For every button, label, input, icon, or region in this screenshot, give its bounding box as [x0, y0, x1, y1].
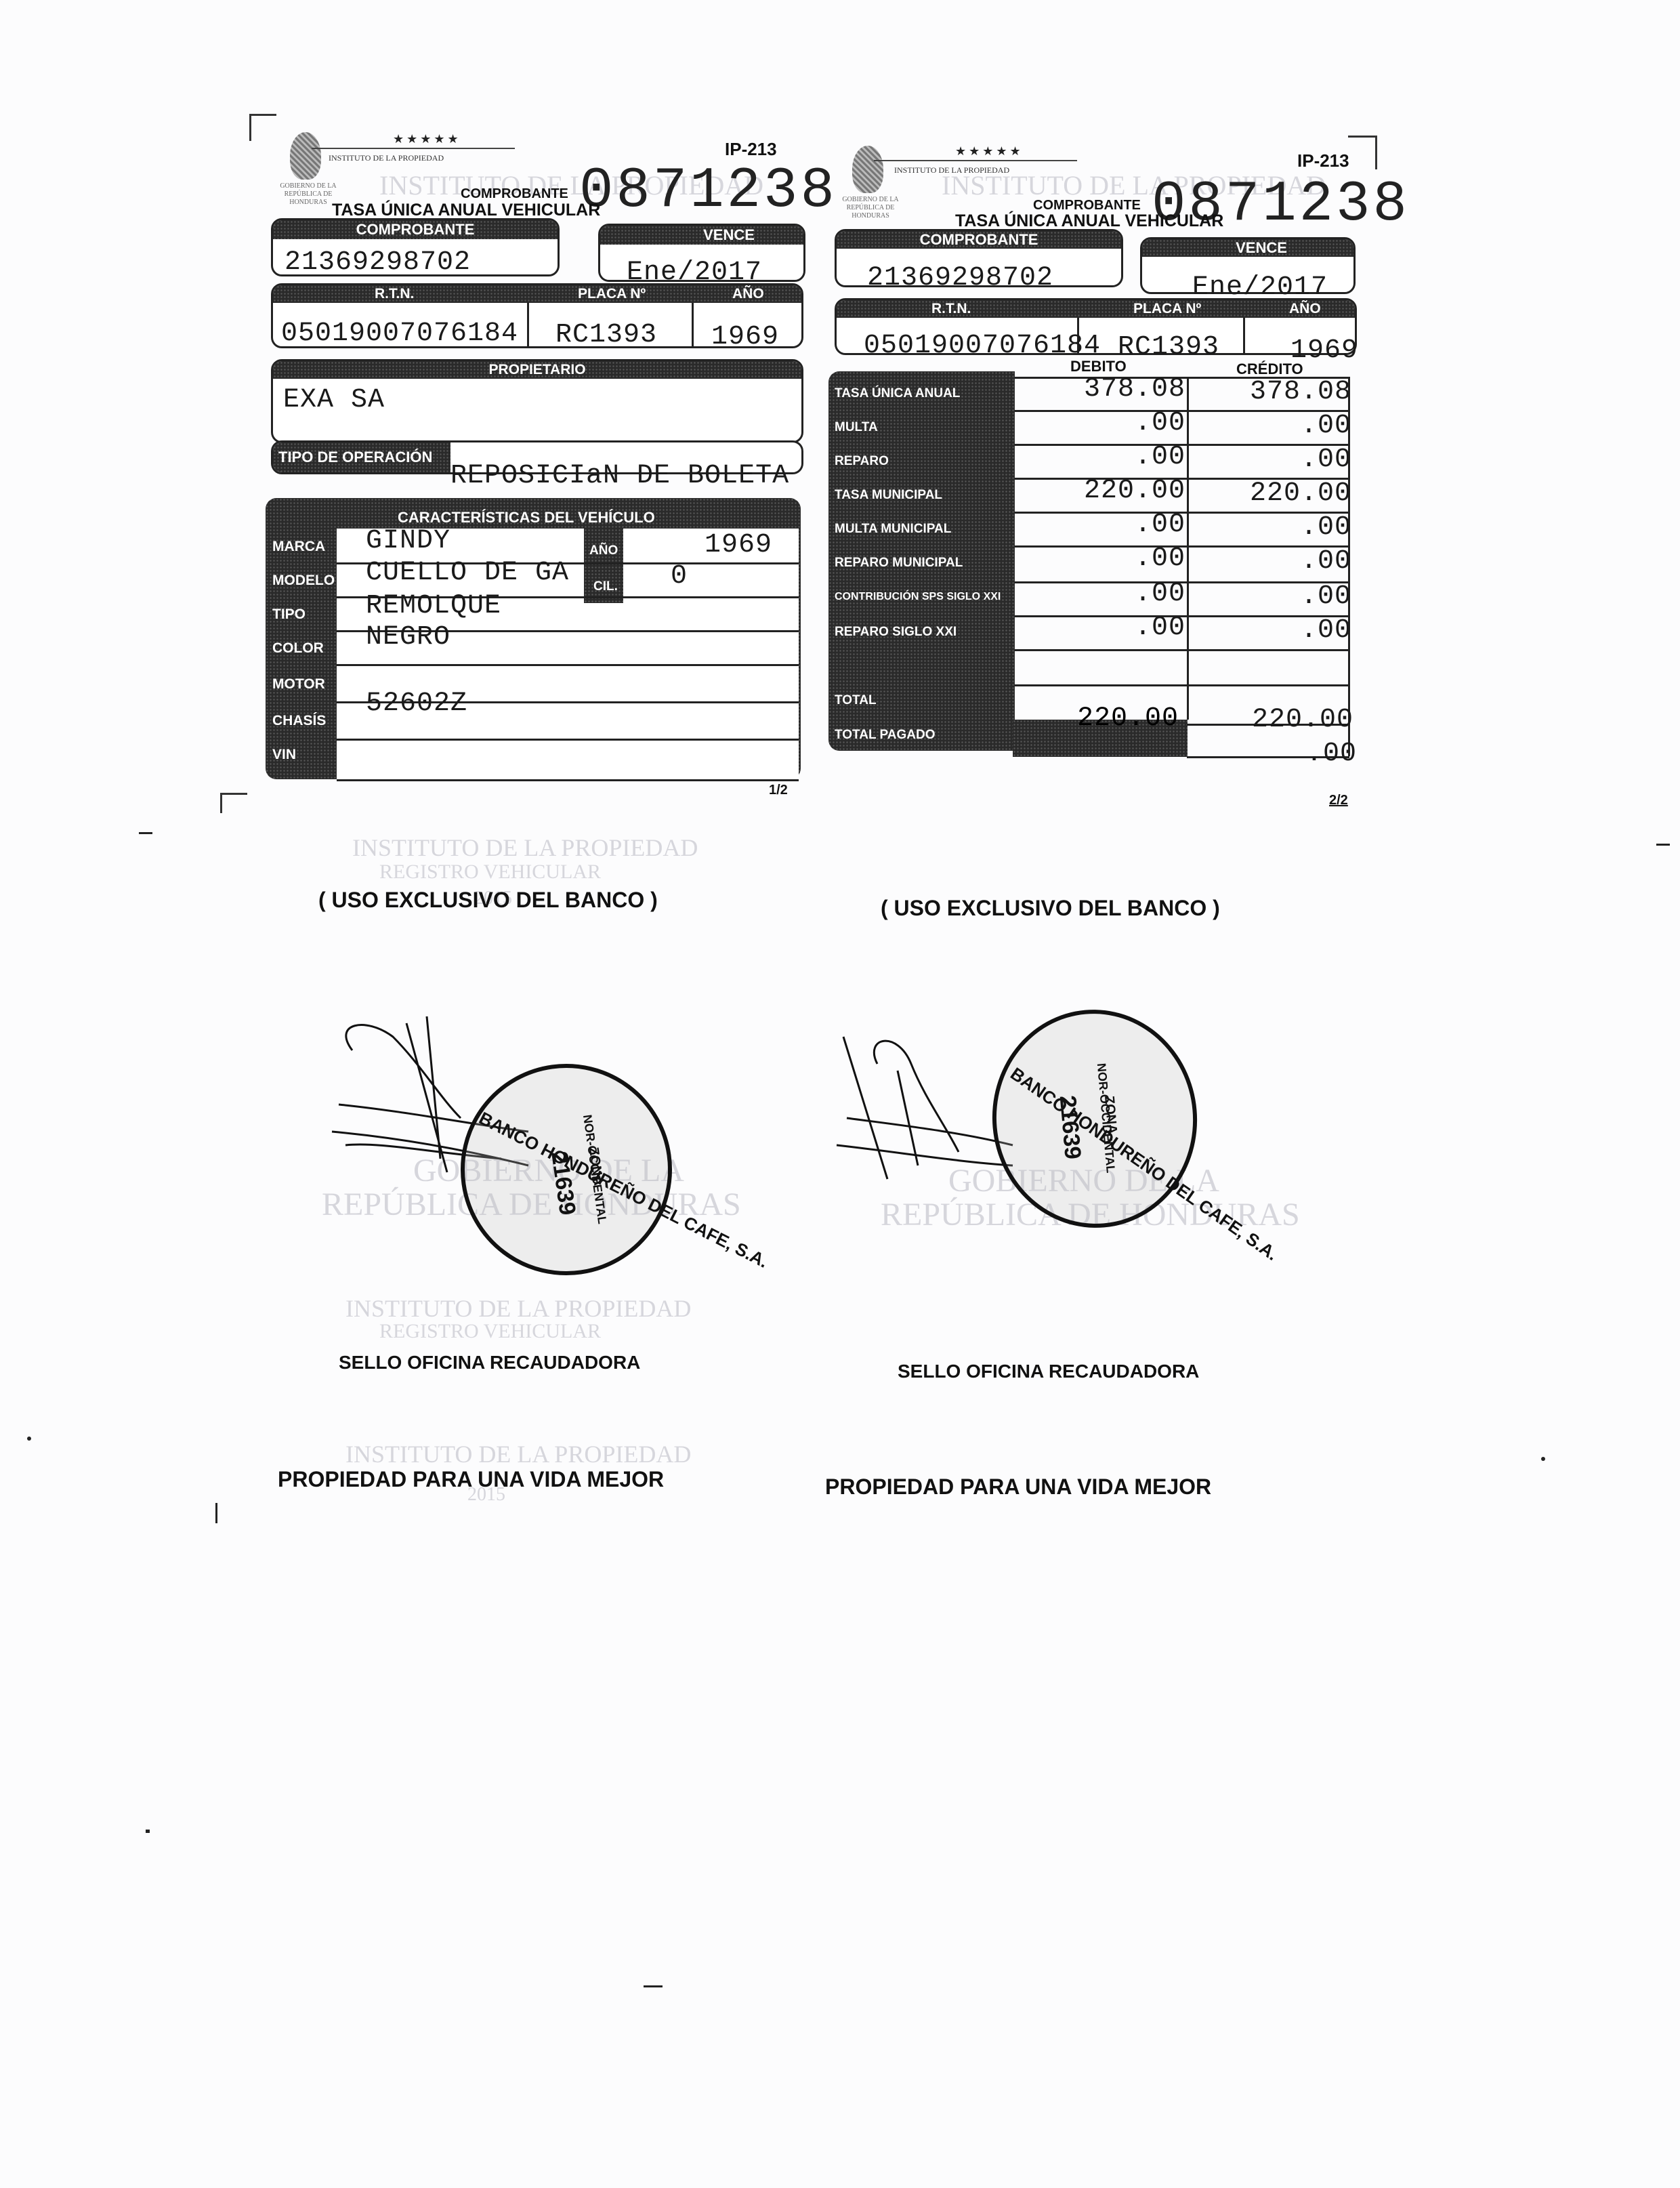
- modelo-value: CUELLO DE GA: [366, 558, 569, 588]
- stamp-zone: ZONA: [1101, 1095, 1120, 1134]
- divider: [312, 148, 515, 149]
- ledger-debito-value: .00: [1135, 613, 1185, 643]
- stamp-number: 21639: [1054, 1094, 1086, 1161]
- vence-label: VENCE: [649, 226, 755, 243]
- ledger-row-label: TASA ÚNICA ANUAL: [835, 386, 960, 401]
- ledger-row-label: REPARO: [835, 454, 889, 469]
- ledger-credito-value: .00: [1301, 546, 1351, 577]
- propietario-label: PROPIETARIO: [488, 362, 585, 377]
- bank-use-label-right: ( USO EXCLUSIVO DEL BANCO ): [881, 896, 1220, 921]
- car-cil-label: CIL.: [593, 579, 618, 594]
- stamp-bank-name: BANCO HONDUREÑO DEL CAFE, S.A.: [1007, 1063, 1282, 1265]
- ledger-debito-value: .00: [1135, 579, 1185, 609]
- government-label: GOBIERNO DE LA REPÚBLICA DE HONDURAS: [833, 196, 908, 220]
- car-anio-value: 1969: [705, 530, 772, 560]
- rtn-label: R.T.N.: [931, 300, 971, 318]
- comprobante-label: COMPROBANTE: [920, 231, 1038, 248]
- vin-label: VIN: [272, 747, 296, 763]
- color-label: COLOR: [272, 640, 324, 657]
- rtn-label: R.T.N.: [375, 285, 414, 303]
- crop-mark: [1348, 136, 1375, 138]
- signature-icon: [823, 976, 1026, 1186]
- ledger-credito-value: 220.00: [1250, 478, 1351, 509]
- comprobante-value: 21369298702: [285, 247, 471, 278]
- stamp-caption-right: SELLO OFICINA RECAUDADORA: [898, 1361, 1199, 1382]
- stamp-caption-left: SELLO OFICINA RECAUDADORA: [339, 1352, 640, 1374]
- placa-value: RC1393: [555, 320, 657, 350]
- crop-mark: [249, 114, 251, 141]
- bank-use-label-left: ( USO EXCLUSIVO DEL BANCO ): [318, 888, 658, 913]
- placa-label: PLACA Nº: [578, 285, 646, 303]
- ledger-credito-value: 378.08: [1250, 377, 1351, 407]
- document-title: TASA ÚNICA ANUAL VEHICULAR: [955, 211, 1223, 231]
- motor-label: MOTOR: [272, 676, 325, 693]
- debito-header: DEBITO: [1070, 358, 1127, 375]
- ledger-debito-value: .00: [1135, 510, 1185, 540]
- chasis-label: CHASÍS: [272, 713, 326, 729]
- ledger-credito-value: .00: [1301, 411, 1351, 441]
- slogan-left: PROPIEDAD PARA UNA VIDA MEJOR: [278, 1467, 664, 1492]
- tipo-operacion-value: REPOSICIaN DE BOLETA: [450, 461, 789, 491]
- form-code: IP-213: [1297, 150, 1349, 171]
- ledger-debito-value: 378.08: [1084, 374, 1185, 405]
- watermark-registro: REGISTRO VEHICULAR: [379, 1320, 601, 1343]
- scan-speck: [1656, 844, 1670, 846]
- rtn-value: 05019007076184: [864, 331, 1101, 361]
- ledger-debito-value: .00: [1135, 543, 1185, 574]
- scan-speck: [644, 1985, 663, 1987]
- total-credito-value: 220.00: [1252, 705, 1353, 735]
- chasis-value: 52602Z: [366, 688, 467, 719]
- color-value: NEGRO: [366, 622, 450, 653]
- scan-speck: [146, 1830, 150, 1833]
- total-debito-value: 220.00: [1077, 703, 1179, 734]
- placa-value: RC1393: [1118, 332, 1219, 363]
- stars-icon: ★★★★★: [955, 144, 1024, 159]
- ledger-row-label: CONTRIBUCIÓN SPS SIGLO XXI: [835, 591, 1001, 603]
- tipo-value: REMOLQUE: [366, 591, 501, 621]
- watermark-instituto: INSTITUTO DE LA PROPIEDAD: [345, 1440, 691, 1468]
- marca-label: MARCA: [272, 539, 325, 555]
- ledger-row-label: REPARO MUNICIPAL: [835, 556, 963, 571]
- rtn-value: 05019007076184: [281, 318, 518, 349]
- car-anio-label: AÑO: [589, 543, 618, 558]
- honduras-coat-of-arms-icon: GOBIERNO DE LA REPÚBLICA DE HONDURAS: [271, 132, 345, 207]
- placa-label: PLACA Nº: [1133, 300, 1201, 318]
- ledger-debito-value: .00: [1135, 442, 1185, 472]
- caracteristicas-title: CARACTERÍSTICAS DEL VEHÍCULO: [398, 509, 655, 527]
- ledger-debito-value: 220.00: [1084, 476, 1185, 506]
- car-cil-value: 0: [671, 561, 688, 592]
- ledger-credito-value: .00: [1301, 445, 1351, 475]
- stars-icon: ★★★★★: [393, 132, 461, 146]
- scan-speck: [1541, 1457, 1545, 1461]
- honduras-coat-of-arms-icon: GOBIERNO DE LA REPÚBLICA DE HONDURAS: [833, 146, 908, 220]
- receipt-number: 0871238: [579, 159, 837, 224]
- institution-label: INSTITUTO DE LA PROPIEDAD: [329, 153, 444, 163]
- scan-speck: [215, 1503, 217, 1523]
- watermark-instituto: INSTITUTO DE LA PROPIEDAD: [345, 1294, 691, 1323]
- marca-value: GINDY: [366, 526, 450, 556]
- page-indicator: 2/2: [1329, 793, 1348, 808]
- document-title: TASA ÚNICA ANUAL VEHICULAR: [332, 201, 600, 220]
- tipo-operacion-label: TIPO DE OPERACIÓN: [273, 449, 432, 466]
- receipt-label: COMPROBANTE: [461, 186, 568, 202]
- anio-label: AÑO: [732, 285, 764, 303]
- anio-value: 1969: [711, 322, 779, 352]
- ledger-row-label: MULTA MUNICIPAL: [835, 522, 951, 537]
- propietario-value: EXA SA: [283, 385, 385, 415]
- ledger-row-label: MULTA: [835, 420, 878, 435]
- watermark-instituto: INSTITUTO DE LA PROPIEDAD: [352, 833, 698, 862]
- ledger-row-label: TASA MUNICIPAL: [835, 488, 942, 503]
- total-pagado-label: TOTAL PAGADO: [835, 728, 935, 743]
- crop-mark: [249, 114, 276, 116]
- ledger-row-label: REPARO SIGLO XXI: [835, 625, 957, 640]
- ledger-debito-value: .00: [1135, 408, 1185, 438]
- comprobante-label: COMPROBANTE: [356, 221, 475, 238]
- page-indicator: 1/2: [769, 783, 788, 798]
- scan-speck: [27, 1437, 31, 1441]
- tipo-label: TIPO: [272, 606, 306, 623]
- ledger-credito-value: .00: [1301, 615, 1351, 646]
- anio-label: AÑO: [1289, 300, 1321, 318]
- vence-label: VENCE: [1209, 239, 1287, 256]
- divider: [874, 160, 1077, 161]
- credito-header: CRÉDITO: [1236, 360, 1303, 378]
- crop-mark: [220, 793, 247, 795]
- scan-speck: [139, 832, 152, 834]
- slogan-right: PROPIEDAD PARA UNA VIDA MEJOR: [825, 1474, 1211, 1500]
- total-label: TOTAL: [835, 693, 877, 708]
- ledger-credito-value: .00: [1301, 512, 1351, 543]
- total-pagado-value: .00: [1306, 739, 1357, 769]
- form-code: IP-213: [725, 139, 777, 160]
- ledger-credito-value: .00: [1301, 581, 1351, 612]
- institution-label: INSTITUTO DE LA PROPIEDAD: [894, 165, 1009, 176]
- watermark-registro: REGISTRO VEHICULAR: [379, 861, 601, 884]
- modelo-label: MODELO: [272, 573, 335, 589]
- comprobante-value: 21369298702: [867, 263, 1053, 293]
- crop-mark: [1375, 136, 1377, 169]
- crop-mark: [220, 793, 222, 813]
